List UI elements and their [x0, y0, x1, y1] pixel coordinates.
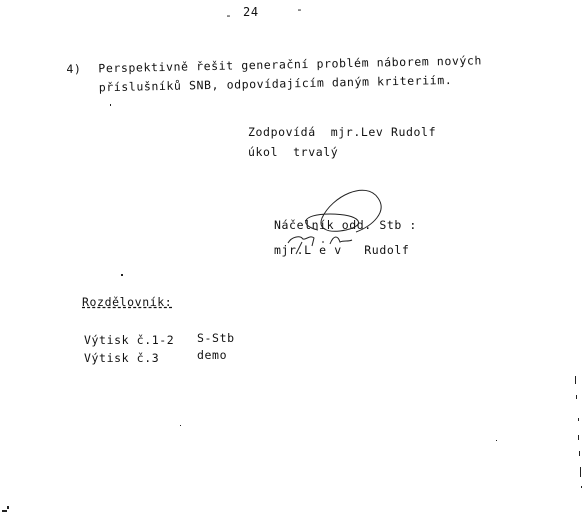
- distribution-recipient: S-Stb: [197, 331, 235, 345]
- handwritten-signature: [0, 0, 584, 528]
- distribution-copy: Výtisk č.3: [84, 351, 159, 365]
- distribution-recipient: demo: [197, 348, 227, 362]
- distribution-heading: Rozdělovník:: [82, 295, 172, 309]
- distribution-copy: Výtisk č.1-2: [84, 333, 174, 347]
